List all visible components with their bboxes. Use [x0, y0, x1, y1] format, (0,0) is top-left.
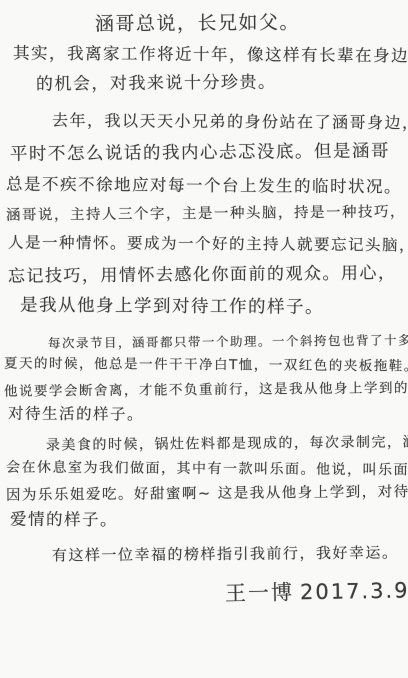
signature-name: 王一博	[225, 580, 294, 605]
letter-line: 忘记技巧，用情怀去感化你面前的观众。用心，	[8, 261, 408, 289]
letter-line: 录美食的时候，锅灶佐料都是现成的，每次录制完，涵哥	[46, 432, 408, 455]
letter-line: 人是一种情怀。要成为一个好的主持人就要忘记头脑，	[8, 231, 408, 256]
letter-line: 对待生活的样子。	[8, 403, 408, 428]
letter-line: 涵哥说，主持人三个字，主是一种头脑，持是一种技巧，	[6, 202, 408, 227]
letter-line: 会在休息室为我们做面，其中有一款叫乐面。他说，叫乐面是	[6, 458, 408, 481]
handwritten-letter: 涵哥总说，长兄如父。 其实，我离家工作将近十年，像这样有长辈在身边 的机会，对我…	[0, 0, 408, 678]
letter-line: 涵哥总说，长兄如父。	[95, 9, 408, 39]
letter-line: 平时不怎么说话的我内心忐忑没底。但是涵哥	[10, 140, 408, 169]
letter-line: 夏天的时候，他总是一件干干净白T恤，一双红色的夹板拖鞋。	[4, 355, 408, 377]
letter-line: 每次录节目，涵哥都只带一个助理。一个斜挎包也背了十多年。	[48, 332, 408, 353]
letter-line: 其实，我离家工作将近十年，像这样有长辈在身边	[13, 41, 408, 68]
letter-line: 他说要学会断舍离，才能不负重前行，这是我从他身上学到的，	[4, 379, 408, 402]
letter-line: 去年，我以天天小兄弟的身份站在了涵哥身边，	[52, 109, 408, 135]
letter-line: 的机会，对我来说十分珍贵。	[36, 70, 408, 98]
letter-line: 爱情的样子。	[10, 508, 408, 535]
letter-line: 有这样一位幸福的榜样指引我前行，我好幸运。	[52, 543, 408, 568]
signature: 王一博2017.3.9	[225, 574, 408, 607]
letter-line: 是我从他身上学到对待工作的样子。	[20, 293, 408, 321]
letter-line: 总是不疾不徐地应对每一个台上发生的临时状况。	[6, 172, 408, 199]
signature-date: 2017.3.9	[300, 578, 408, 604]
letter-line: 因为乐乐姐爱吃。好甜蜜啊~ 这是我从他身上学到，对待	[6, 483, 408, 508]
